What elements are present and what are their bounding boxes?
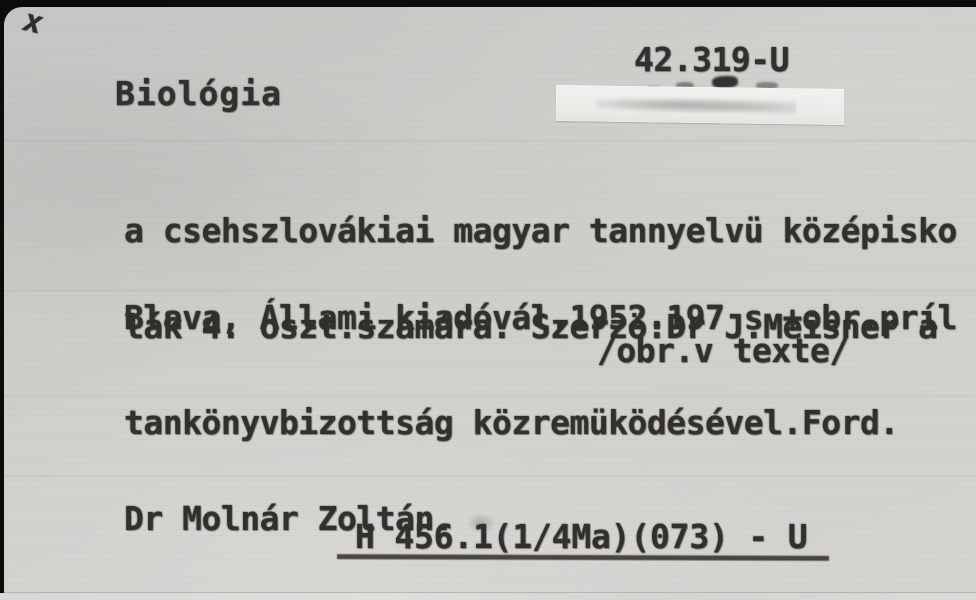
call-number: H 456.1(1/4Ma)(073) - U (355, 521, 807, 553)
subject-heading: Biológia (115, 78, 282, 110)
adjacent-card-edge (0, 593, 976, 600)
description-line: a csehszlovákiai magyar tannyelvü középi… (124, 215, 957, 247)
description-line: tankönyvbizottság közremüködésével.Ford. (124, 407, 957, 439)
scanned-catalog-card-page: { "card": { "corner_mark": "x", "accessi… (0, 0, 976, 600)
erased-text-smudge (596, 96, 796, 115)
accession-number: 42.319-U (634, 44, 789, 76)
imprint-line: Blava, Állami kiadóvál.1952.197 s.+obr.p… (124, 302, 957, 334)
scan-streak (4, 140, 976, 142)
imprint-line-2: /obr.v texte/ (597, 335, 849, 367)
correction-tape-strip (556, 85, 844, 125)
